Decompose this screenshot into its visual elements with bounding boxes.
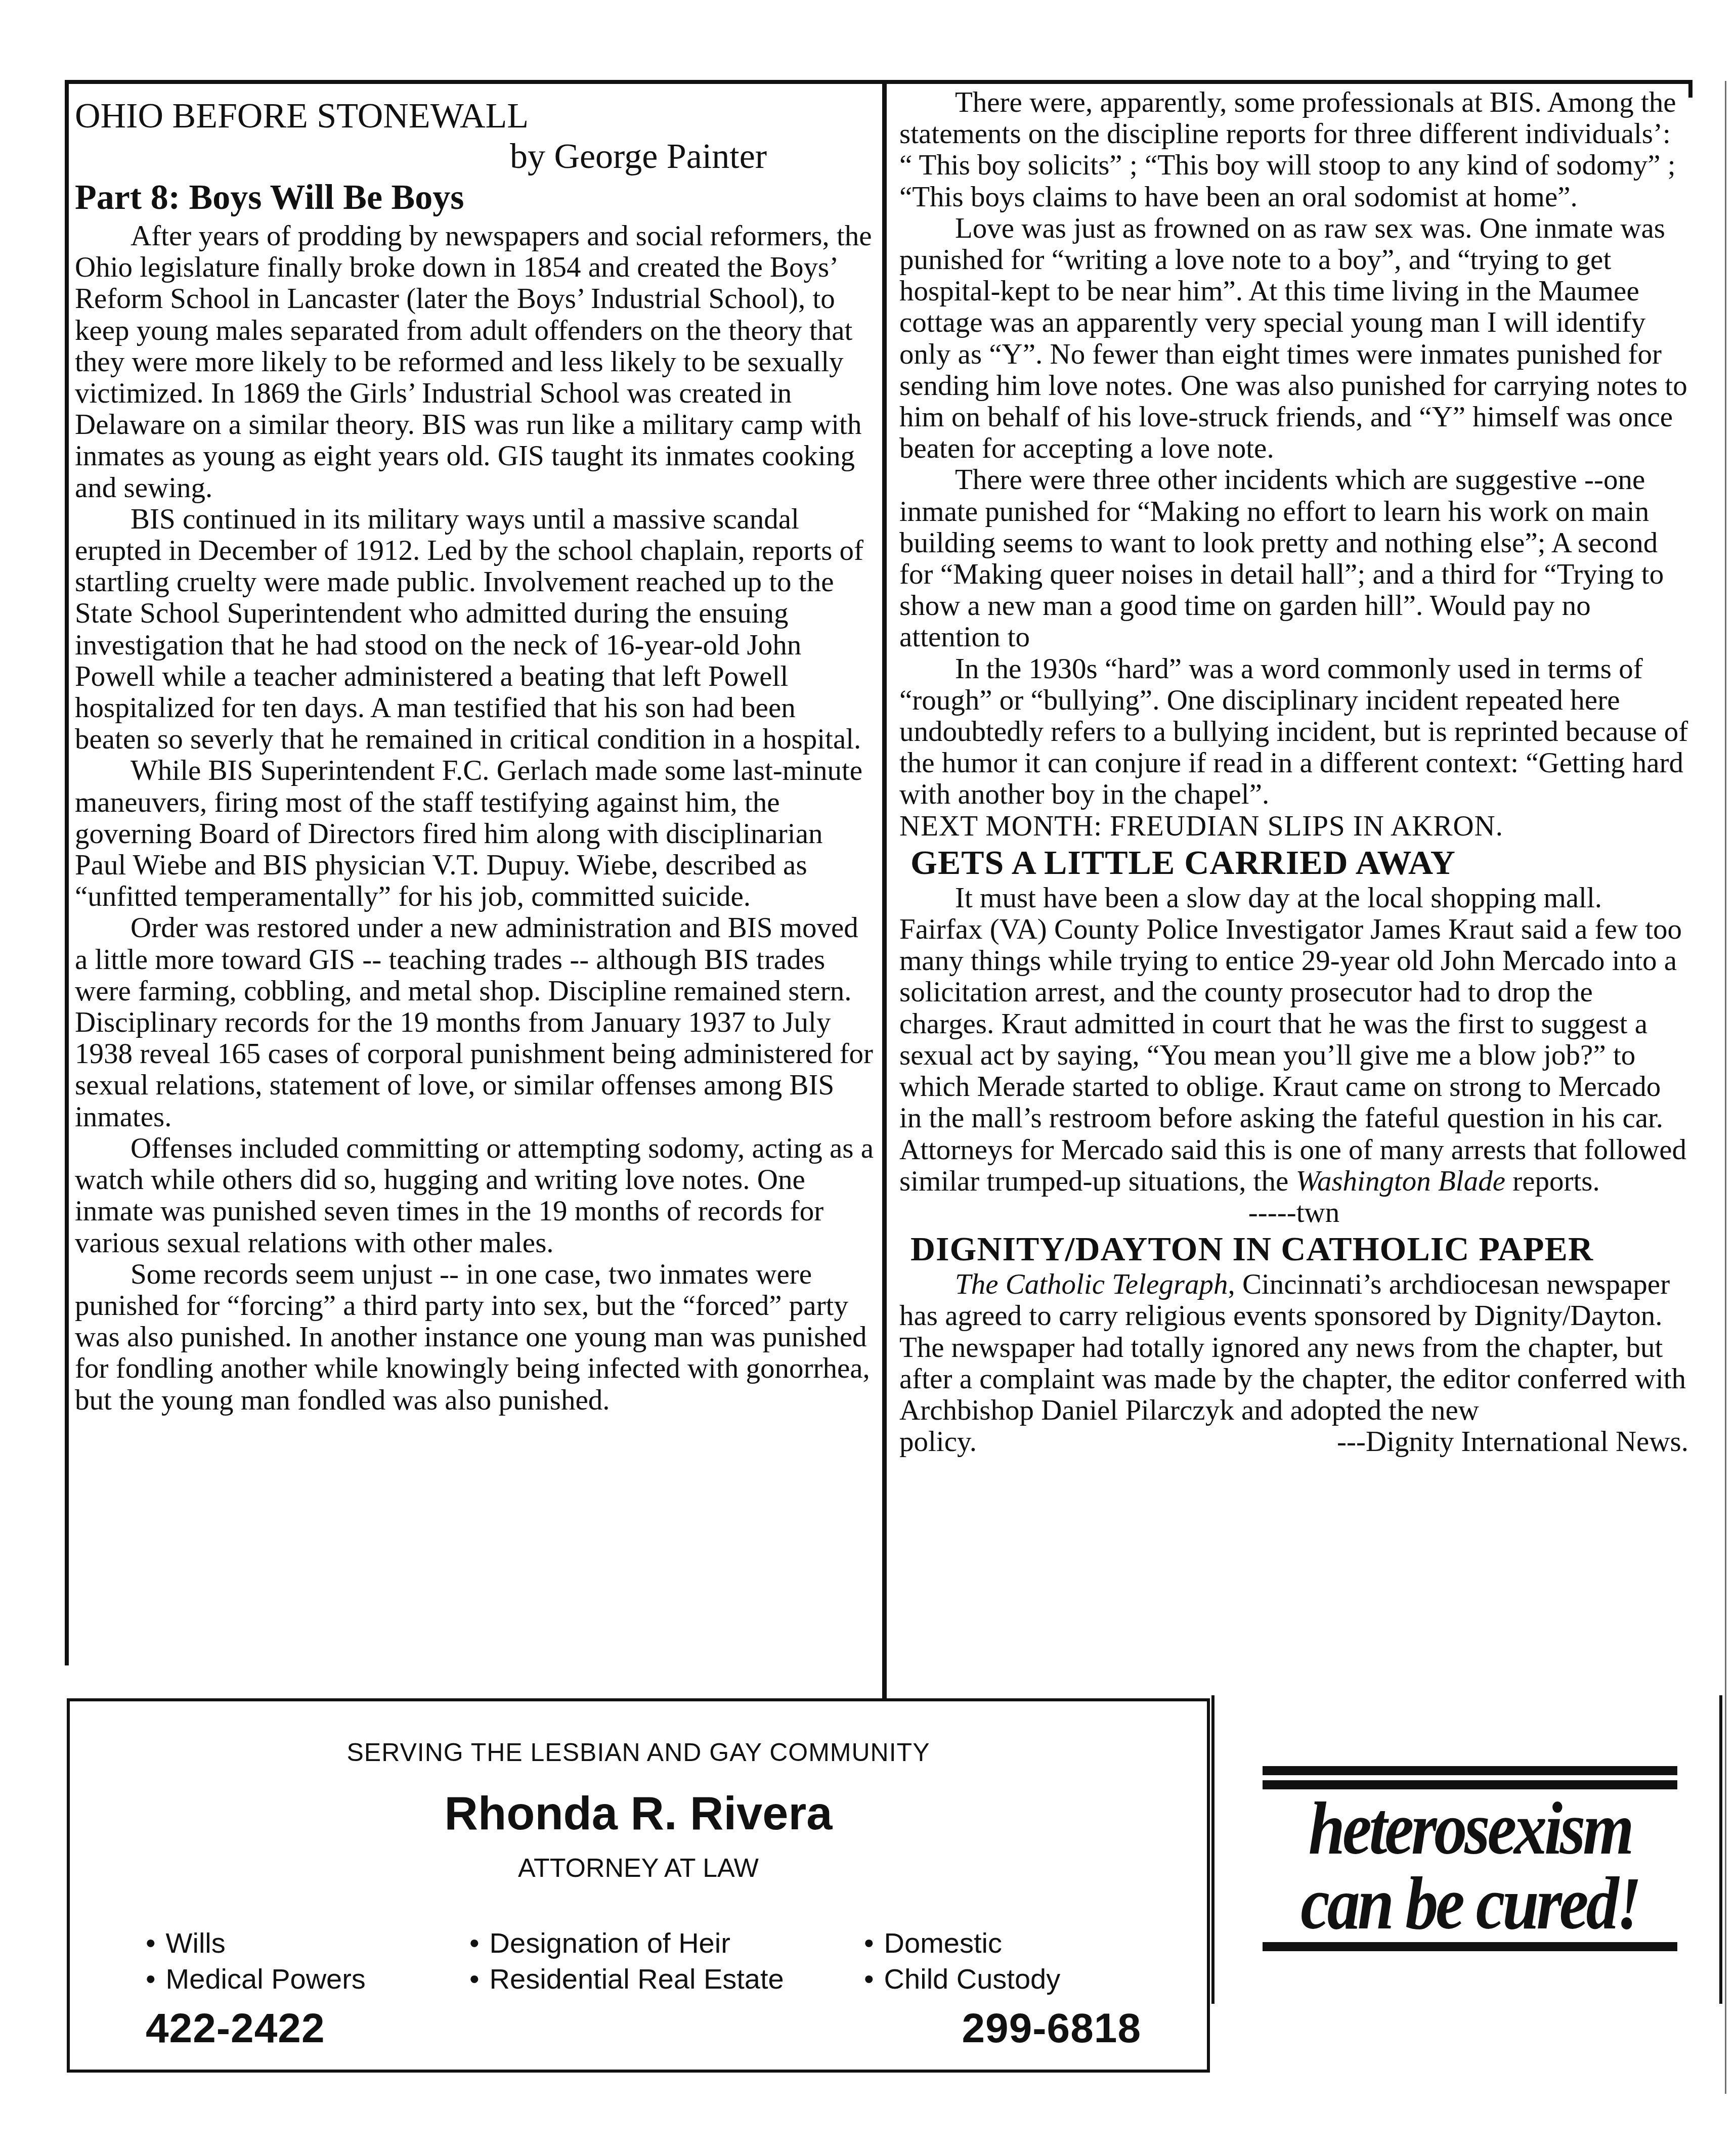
signoff-twn: -----twn — [899, 1197, 1688, 1228]
service-item: Medical Powers — [146, 1962, 469, 1995]
paragraph: In the 1930s “hard” was a word commonly … — [899, 653, 1688, 811]
paragraph: Love was just as frowned on as raw sex w… — [899, 213, 1688, 465]
publication-name: The Catholic Telegraph — [955, 1268, 1228, 1300]
headline-dignity: DIGNITY/DAYTON IN CATHOLIC PAPER — [910, 1228, 1688, 1269]
service-item: Residential Real Estate — [469, 1962, 864, 1995]
phone-number-right: 299-6818 — [962, 2005, 1141, 2052]
story-dignity-body: The Catholic Telegraph, Cincinnati’s arc… — [899, 1269, 1688, 1426]
paragraph: There were, apparently, some professiona… — [899, 87, 1688, 213]
paragraph: BIS continued in its military ways until… — [75, 504, 877, 756]
column-divider — [882, 80, 887, 1698]
service-item: Domestic — [864, 1926, 1147, 1959]
byline: by George Painter — [510, 137, 877, 177]
rule-bar — [1263, 1942, 1677, 1951]
series-title: OHIO BEFORE STONEWALL — [75, 96, 877, 137]
page-edge-line — [1725, 81, 1726, 2094]
slogan-text: heterosexism can be cured! — [1263, 1791, 1677, 1941]
article-left-column: OHIO BEFORE STONEWALL by George Painter … — [75, 96, 877, 1416]
column-rule-corner — [1688, 80, 1692, 98]
story-carried-away-body: It must have been a slow day at the loca… — [899, 883, 1688, 1197]
paragraph: Offenses included committing or attempti… — [75, 1133, 877, 1259]
services-list: Wills Designation of Heir Domestic Medic… — [146, 1926, 1157, 1995]
attorney-advertisement: SERVING THE LESBIAN AND GAY COMMUNITY Rh… — [67, 1698, 1210, 2073]
slogan-advertisement: heterosexism can be cured! — [1211, 1695, 1722, 2004]
next-month-teaser: NEXT MONTH: FREUDIAN SLIPS IN AKRON. — [899, 811, 1688, 842]
column-rule-left — [65, 80, 69, 1665]
signoff-dignity: ---Dignity International News. — [1337, 1426, 1688, 1458]
story-dignity-closing: policy. ---Dignity International News. — [899, 1426, 1688, 1458]
phone-number-left: 422-2422 — [146, 2005, 325, 2052]
paragraph: There were three other incidents which a… — [899, 464, 1688, 653]
ad-tagline: SERVING THE LESBIAN AND GAY COMMUNITY — [70, 1738, 1207, 1767]
service-item: Child Custody — [864, 1962, 1147, 1995]
column-rule-top — [65, 80, 1692, 84]
service-item: Designation of Heir — [469, 1926, 864, 1959]
paragraph: While BIS Superintendent F.C. Gerlach ma… — [75, 755, 877, 912]
attorney-name: Rhonda R. Rivera — [70, 1787, 1207, 1840]
paragraph: After years of prodding by newspapers an… — [75, 221, 877, 504]
part-title: Part 8: Boys Will Be Boys — [75, 177, 877, 218]
last-word: policy. — [899, 1426, 977, 1458]
service-item: Wills — [146, 1926, 469, 1959]
source-name: Washington Blade — [1296, 1165, 1505, 1197]
rule-bar — [1263, 1766, 1677, 1775]
article-right-column: There were, apparently, some professiona… — [899, 87, 1688, 1458]
paragraph: Some records seem unjust -- in one case,… — [75, 1259, 877, 1416]
paragraph: Order was restored under a new administr… — [75, 912, 877, 1132]
headline-carried-away: GETS A LITTLE CARRIED AWAY — [910, 842, 1688, 883]
attorney-title: ATTORNEY AT LAW — [70, 1853, 1207, 1883]
